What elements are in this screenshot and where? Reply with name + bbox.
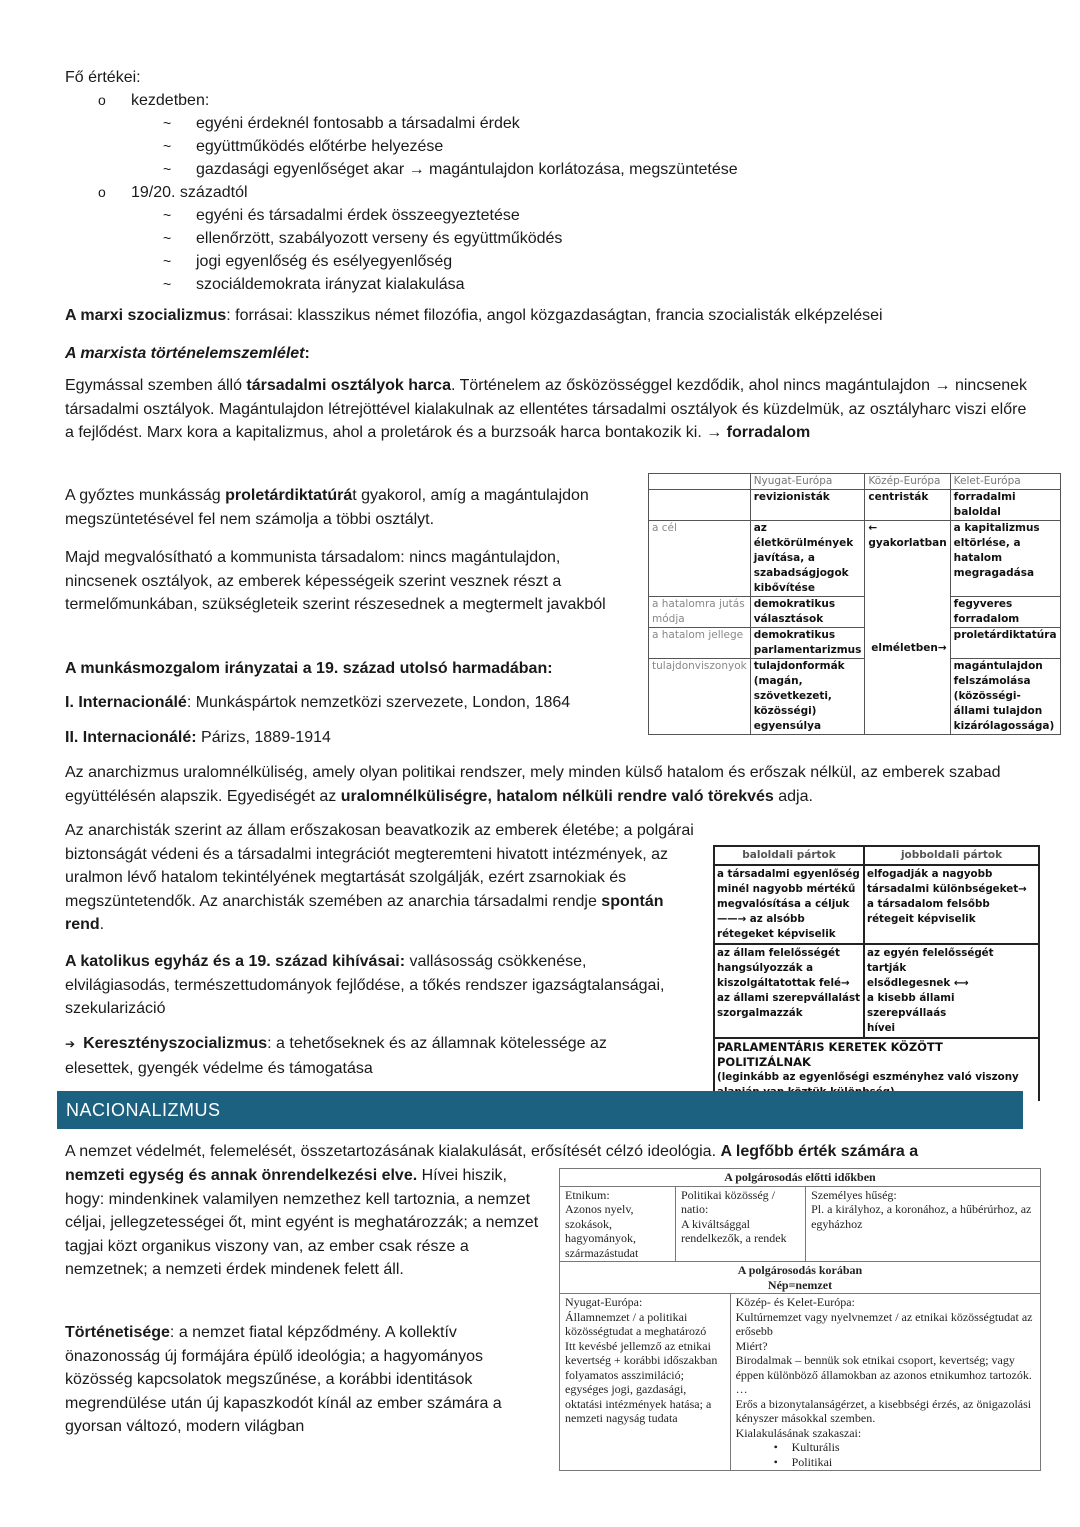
marxista-heading-text: A marxista történelemszemlélet [65,345,305,362]
values-title: Fő értékei: [65,66,141,90]
line: rétegeit képviselik [867,912,1036,927]
list-item: 19/20. századtól [131,181,248,205]
text: : Munkáspártok nemzetközi szervezete, Lo… [187,694,570,711]
cell-text: Erős a bizonytalanságérzet, a kisebbségi… [736,1397,1035,1426]
stages-list: Kulturális Politikai [736,1440,1035,1469]
table-cell: magántulajdon felszámolása (közösségi-ál… [950,659,1060,735]
list-bullet: o [98,89,106,113]
list-item: kezdetben: [131,89,209,113]
bold-text: A katolikus egyház és a 19. század kihív… [65,953,405,970]
marxi-heading: A marxi szocializmus [65,307,226,324]
list-item: Politikai [774,1455,1035,1470]
bold-text: I. Internacionálé [65,694,187,711]
line: a társadalom felsőbb [867,897,1036,912]
bold-text: Keresztényszocializmus [83,1035,267,1052]
table-cell: az állam felelősségét hangsúlyozzák a ki… [714,944,864,1038]
text: Egymással szemben álló [65,377,246,394]
table-header: jobboldali pártok [864,846,1039,865]
marxista-paragraph: Egymással szemben álló társadalmi osztál… [65,374,1030,445]
bold-text: uralomnélküliségre, hatalom nélküli rend… [341,788,774,805]
list-item: együttműködés előtérbe helyezése [196,135,443,159]
cell-text: Birodalmak – bennük sok etnikai csoport,… [736,1353,1035,1382]
line: szorgalmazzák [717,1006,861,1021]
parties-table: baloldali pártok jobboldali pártok a tár… [713,845,1040,1101]
list-item: egyéni érdeknél fontosabb a társadalmi é… [196,112,520,136]
text: adja. [774,788,813,805]
list-item: Kulturális [774,1440,1035,1455]
nacionalizmus-intro-line: A nemzet védelmét, felemelését, összetar… [65,1140,1025,1164]
table-cell: fegyveres forradalom [950,597,1060,628]
table-cell: a társadalmi egyenlőség minél nagyobb mé… [714,865,864,944]
practice-label: ← gyakorlatban [868,521,946,551]
line: ——→ az alsóbb [717,912,861,927]
nation-table: A polgárosodás előtti időkben Etnikum: A… [559,1168,1041,1471]
list-bullet: ~ [163,204,171,228]
table-cell: a kapitalizmus eltörlése, a hatalom megr… [950,521,1060,597]
row-label: tulajdonviszonyok [649,659,751,735]
text: A győztes munkásság [65,487,225,504]
row-label: a cél [649,521,751,597]
table-cell-middle: ← gyakorlatban elméletben→ [865,521,950,735]
cell-heading: Közép- és Kelet-Európa: [736,1295,1035,1310]
list-item: szociáldemokrata irányzat kialakulása [196,273,465,297]
list-bullet: ~ [163,227,171,251]
cell-heading: Személyes hűség: [811,1188,1035,1203]
line: az állami szerepvállalást [717,991,861,1006]
bold-text: II. Internacionálé: [65,729,197,746]
bold-text: proletárdiktatúrá [225,487,352,504]
title-line: A polgárosodás korában [565,1263,1035,1278]
internacionale-1: I. Internacionálé: Munkáspártok nemzetkö… [65,691,570,715]
cell-text: … [736,1382,1035,1397]
theory-label: elméletben→ [865,641,946,656]
title-line: Nép=nemzet [565,1278,1035,1293]
list-item: egyéni és társadalmi érdek összeegyeztet… [196,204,520,228]
marxi-text: : forrásai: klasszikus német filozófia, … [226,307,882,324]
cell-text: Miért? [736,1339,1035,1354]
values-list: o kezdetben: ~ egyéni érdeknél fontosabb… [0,89,900,295]
table-cell: az életkörülmények javítása, a szabadság… [750,521,865,597]
list-item: jogi egyenlőség és esélyegyenlőség [196,250,452,274]
katolikus-paragraph: A katolikus egyház és a 19. század kihív… [65,950,665,1021]
line: elsődlegesnek ⟷ [867,976,1036,991]
anarchizmus-paragraph: Az anarchizmus uralomnélküliség, amely o… [65,761,1030,808]
bold-text: nemzeti egység és annak önrendelkezési e… [65,1167,417,1184]
line: a társadalmi egyenlőség [717,867,861,882]
table-cell: forradalmi baloldal [950,490,1060,521]
section-banner: NACIONALIZMUS [57,1091,1023,1129]
table-cell: Személyes hűség: Pl. a királyhoz, a koro… [806,1186,1041,1262]
line: az egyén felelősségét tartják [867,946,1036,976]
table-cell: demokratikus parlamentarizmus [750,628,865,659]
cell-text: Kialakulásának szakaszai: [736,1426,1035,1441]
table-cell: revizionisták [750,490,865,521]
proletar-paragraph: A győztes munkásság proletárdiktatúrát g… [65,484,625,531]
cell-text: Azonos nyelv, szokások, hagyományok, szá… [565,1202,670,1260]
table-cell-east: Közép- és Kelet-Európa: Kultúrnemzet vag… [730,1294,1040,1471]
nacionalizmus-intro-paragraph: nemzeti egység és annak önrendelkezési e… [65,1164,545,1282]
line: kiszolgáltatottak felé→ [717,976,861,991]
cell-heading: Nyugat-Európa: [565,1295,725,1310]
table-cell: proletárdiktatúra [950,628,1060,659]
row-label: a hatalom jellege [649,628,751,659]
row-label: a hatalomra jutás módja [649,597,751,628]
list-bullet: ~ [163,250,171,274]
list-bullet: ~ [163,135,171,159]
bold-text: társadalmi osztályok harca [246,377,451,394]
table-title: A polgárosodás előtti időkben [560,1169,1041,1187]
cell-text: Kultúrnemzet vagy nyelvnemzet / az etnik… [736,1310,1035,1339]
kommunista-paragraph: Majd megvalósítható a kommunista társada… [65,546,625,617]
cell-text: A kiváltsággal rendelkezők, a rendek [681,1217,800,1246]
line: elfogadják a nagyobb [867,867,1036,882]
text: Az anarchisták szerint az állam erőszako… [65,822,694,910]
tortenetiseg-paragraph: Történetisége: a nemzet fiatal képződmén… [65,1321,545,1439]
list-bullet: ~ [163,112,171,136]
cell-text: Államnemzet / a politikai közösségtudat … [565,1310,725,1339]
list-item: ellenőrzött, szabályozott verseny és egy… [196,227,562,251]
marxista-heading: A marxista történelemszemlélet: [65,342,310,366]
list-bullet: ~ [163,273,171,297]
cell-text: Pl. a királyhoz, a koronához, a hűbérúrh… [811,1202,1035,1231]
table-cell: elfogadják a nagyobb társadalmi különbsé… [864,865,1039,944]
list-item: gazdasági egyenlőséget akar → magántulaj… [196,158,738,182]
internacionale-2: II. Internacionálé: Párizs, 1889-1914 [65,726,331,750]
labor-movement-table: Nyugat-Európa Közép-Európa Kelet-Európa … [648,473,1061,735]
table-title: A polgárosodás korában Nép=nemzet [560,1262,1041,1294]
table-cell: demokratikus választások [750,597,865,628]
line: hívei [867,1021,1036,1036]
line: hangsúlyozzák a [717,961,861,976]
bold-text: A legfőbb érték számára a [720,1143,918,1160]
table-cell: Etnikum: Azonos nyelv, szokások, hagyomá… [560,1186,676,1262]
bold-text: forradalom [727,424,811,441]
table-cell [649,490,751,521]
heading-text: A munkásmozgalom irányzatai a 19. század… [65,660,553,677]
text: A nemzet védelmét, felemelését, összetar… [65,1143,720,1160]
table-cell: centristák [865,490,950,521]
line: rétegeket képviselik [717,927,861,942]
cell-heading: Etnikum: [565,1188,670,1203]
list-bullet: o [98,181,106,205]
footer-title: PARLAMENTÁRIS KERETEK KÖZÖTT POLITIZÁLNA… [717,1040,1036,1070]
table-header: Kelet-Európa [950,474,1060,490]
line: az állam felelősségét [717,946,861,961]
cell-text: Itt kevésbé jellemző az etnikai kevertsé… [565,1339,725,1426]
line: a kisebb állami szerepvállaás [867,991,1036,1021]
table-cell: tulajdonformák (magán, szövetkezeti, köz… [750,659,865,735]
table-cell: az egyén felelősségét tartják elsődleges… [864,944,1039,1038]
munkas-heading: A munkásmozgalom irányzatai a 19. század… [65,657,553,681]
table-cell [649,474,751,490]
table-header: Közép-Európa [865,474,950,490]
line: minél nagyobb mértékű [717,882,861,897]
line: társadalmi különbségeket→ [867,882,1036,897]
line: megvalósítása a céljuk [717,897,861,912]
text: Párizs, 1889-1914 [197,729,331,746]
kereszteny-paragraph: ➔Keresztényszocializmus: a tehetőseknek … [65,1032,665,1080]
table-cell: Politikai közösség / natio: A kiváltságg… [675,1186,805,1262]
anarchistak-paragraph: Az anarchisták szerint az állam erőszako… [65,819,695,937]
list-bullet: ~ [163,158,171,182]
table-cell-west: Nyugat-Európa: Államnemzet / a politikai… [560,1294,731,1471]
text: . [100,916,104,933]
bold-text: Történetisége [65,1324,170,1341]
arrow-icon: ➔ [65,1037,75,1051]
table-header: Nyugat-Európa [750,474,865,490]
marxi-paragraph: A marxi szocializmus: forrásai: klasszik… [65,304,1045,328]
table-header: baloldali pártok [714,846,864,865]
colon: : [305,345,310,362]
cell-heading: Politikai közösség / natio: [681,1188,800,1217]
